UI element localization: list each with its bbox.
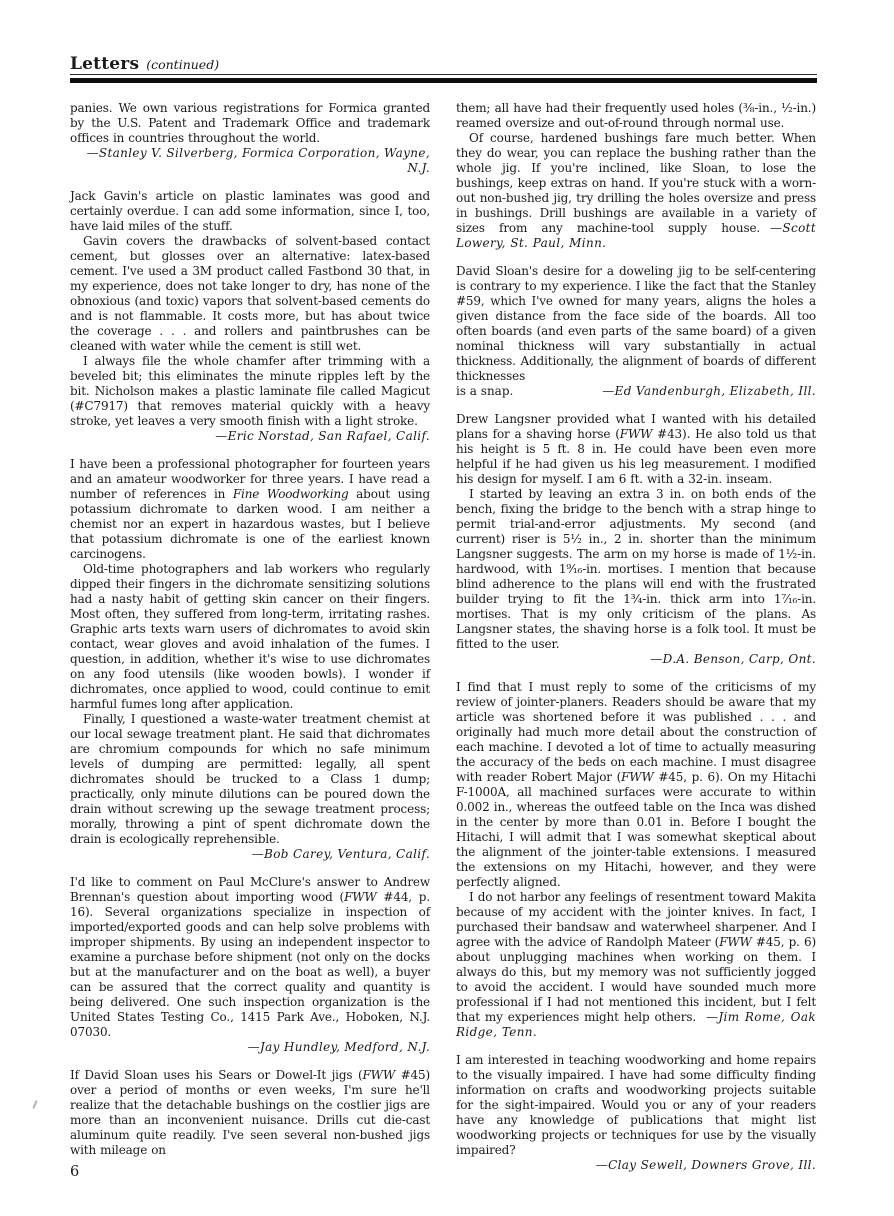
paragraph: panies. We own various registrations for… bbox=[70, 101, 430, 146]
signature: —Stanley V. Silverberg, Formica Corporat… bbox=[70, 146, 430, 176]
paragraph: I'd like to comment on Paul McClure's an… bbox=[70, 875, 430, 1040]
letter: I have been a professional photographer … bbox=[70, 457, 430, 862]
page-number: 6 bbox=[70, 1164, 79, 1180]
letter: panies. We own various registrations for… bbox=[70, 101, 430, 176]
paragraph: I find that I must reply to some of the … bbox=[456, 680, 816, 890]
paragraph: Of course, hardened bushings fare much b… bbox=[456, 131, 816, 251]
letter: them; all have had their frequently used… bbox=[456, 101, 816, 251]
signature-line: is a snap.—Ed Vandenburgh, Elizabeth, Il… bbox=[456, 384, 816, 399]
paragraph: Finally, I questioned a waste-water trea… bbox=[70, 712, 430, 847]
paragraph: I do not harbor any feelings of resentme… bbox=[456, 890, 816, 1040]
paragraph-end: is a snap. bbox=[456, 384, 513, 399]
paragraph: I am interested in teaching woodworking … bbox=[456, 1053, 816, 1158]
paragraph: If David Sloan uses his Sears or Dowel-I… bbox=[70, 1068, 430, 1158]
signature: —Ed Vandenburgh, Elizabeth, Ill. bbox=[602, 384, 816, 399]
signature: —Bob Carey, Ventura, Calif. bbox=[70, 847, 430, 862]
pencil-mark bbox=[32, 1100, 37, 1109]
paragraph: I started by leaving an extra 3 in. on b… bbox=[456, 487, 816, 652]
paragraph: them; all have had their frequently used… bbox=[456, 101, 816, 131]
page-subtitle: (continued) bbox=[146, 57, 219, 72]
signature: —D.A. Benson, Carp, Ont. bbox=[456, 652, 816, 667]
letter: Jack Gavin's article on plastic laminate… bbox=[70, 189, 430, 444]
page-title: Letters bbox=[70, 54, 139, 74]
paragraph: Old-time photographers and lab workers w… bbox=[70, 562, 430, 712]
signature: —Jim Rome, Oak Ridge, Tenn. bbox=[456, 1010, 816, 1039]
letter: I am interested in teaching woodworking … bbox=[456, 1053, 816, 1173]
paragraph: I have been a professional photographer … bbox=[70, 457, 430, 562]
paragraph: I always file the whole chamfer after tr… bbox=[70, 354, 430, 429]
paragraph: Drew Langsner provided what I wanted wit… bbox=[456, 412, 816, 487]
magazine-page: Letters(continued) panies. We own variou… bbox=[0, 0, 894, 1216]
right-column: them; all have had their frequently used… bbox=[456, 101, 816, 1173]
paragraph: Gavin covers the drawbacks of solvent-ba… bbox=[70, 234, 430, 354]
paragraph: David Sloan's desire for a doweling jig … bbox=[456, 264, 816, 384]
page-header: Letters(continued) bbox=[70, 54, 817, 74]
signature: —Clay Sewell, Downers Grove, Ill. bbox=[456, 1158, 816, 1173]
letter: I'd like to comment on Paul McClure's an… bbox=[70, 875, 430, 1055]
signature: —Jay Hundley, Medford, N.J. bbox=[70, 1040, 430, 1055]
letter: I find that I must reply to some of the … bbox=[456, 680, 816, 1040]
signature: —Eric Norstad, San Rafael, Calif. bbox=[70, 429, 430, 444]
signature: —Scott Lowery, St. Paul, Minn. bbox=[456, 221, 816, 250]
letter: If David Sloan uses his Sears or Dowel-I… bbox=[70, 1068, 430, 1158]
header-rule-thin bbox=[70, 74, 817, 75]
letter: David Sloan's desire for a doweling jig … bbox=[456, 264, 816, 399]
left-column: panies. We own various registrations for… bbox=[70, 101, 430, 1173]
header-rule-thick bbox=[70, 78, 817, 83]
letter: Drew Langsner provided what I wanted wit… bbox=[456, 412, 816, 667]
letters-body: panies. We own various registrations for… bbox=[70, 101, 817, 1173]
paragraph: Jack Gavin's article on plastic laminate… bbox=[70, 189, 430, 234]
